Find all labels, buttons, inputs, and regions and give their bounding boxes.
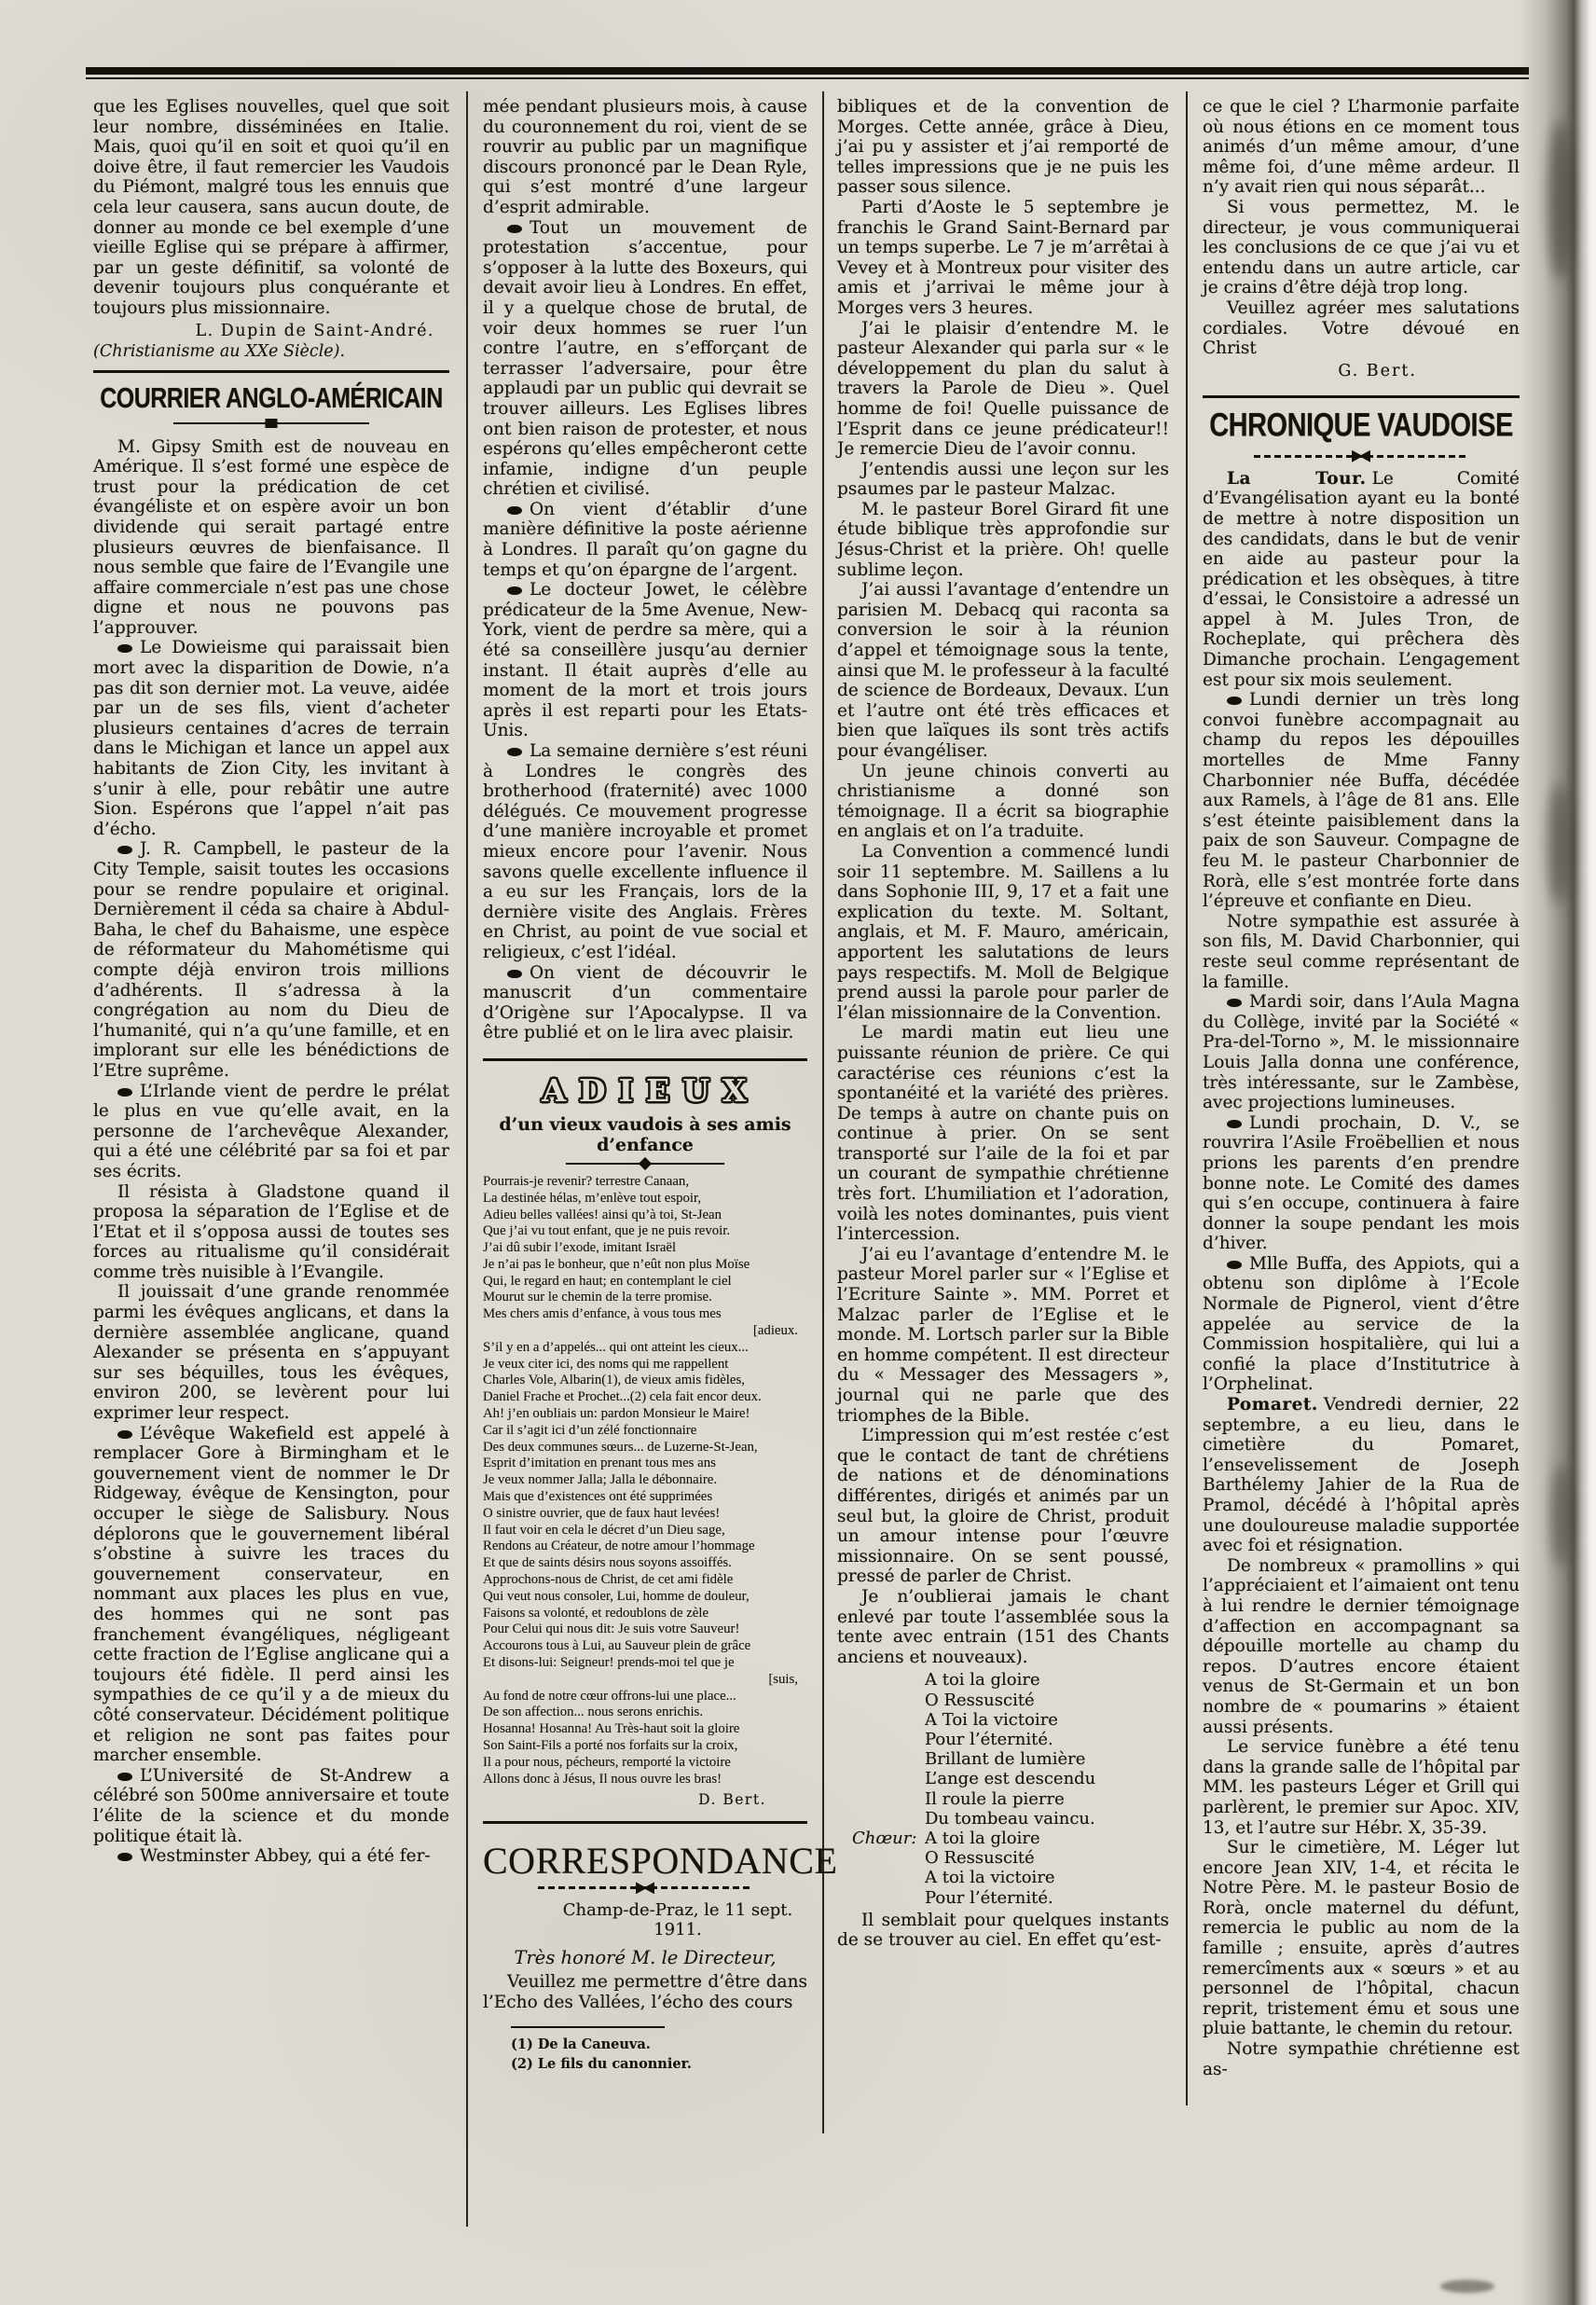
hymn-line: A Toi la victoire xyxy=(925,1710,1169,1730)
poem-line: De son affection... nous serons enrichis… xyxy=(483,1705,807,1721)
letter-body: Veuillez me permettre d’être dans l’Echo… xyxy=(483,1972,807,2012)
poem-line: Adieu belles vallées! ainsi qu’à toi, St… xyxy=(483,1208,807,1224)
paragraph-text: L’Irlande vient de perdre le prélat le p… xyxy=(93,1082,449,1181)
poem-body: Pourrais-je revenir? terrestre Canaan, L… xyxy=(483,1174,807,1787)
paragraph-text: L’impression qui m’est restée c’est que … xyxy=(837,1426,1169,1586)
paragraph: Veuillez agréer mes salutations cordiale… xyxy=(1203,298,1520,359)
paragraph: que les Eglises nouvelles, quel que soit… xyxy=(93,97,449,319)
chorus-label: Chœur: xyxy=(852,1829,916,1848)
column-1: que les Eglises nouvelles, quel que soit… xyxy=(93,97,449,1867)
poem-line: Mes chers amis d’enfance, à vous tous me… xyxy=(483,1306,807,1323)
poem-line: Il a pour nous, pécheurs, remporté la vi… xyxy=(483,1755,807,1772)
paragraph-text: Je n’oublierai jamais le chant enlevé pa… xyxy=(837,1587,1169,1667)
poem-line: O sinistre ouvrier, que de faux haut lev… xyxy=(483,1506,807,1523)
column-divider-3 xyxy=(1186,91,1188,2105)
poem-section: ADIEUX d’un vieux vaudois à ses amis d’e… xyxy=(483,1058,807,1808)
locality-lead: Pomaret. xyxy=(1227,1395,1318,1415)
paragraph-text: La Convention a commencé lundi soir 11 s… xyxy=(837,842,1169,1023)
bowtie-ornament-icon xyxy=(1352,450,1370,462)
newspaper-page-scan: que les Eglises nouvelles, quel que soit… xyxy=(0,0,1596,2305)
poem-line: Des deux communes sœurs... de Luzerne-St… xyxy=(483,1440,807,1456)
poem-signature: D. Bert. xyxy=(483,1791,807,1808)
poem-line: Approchons-nous de Christ, de cet ami fi… xyxy=(483,1572,807,1589)
footnote: (2) Le fils du canonnier. xyxy=(511,2055,807,2073)
poem-line: Il faut voir en cela le décret d’un Dieu… xyxy=(483,1523,807,1539)
section-title-courrier: COURRIER ANGLO-AMÉRICAIN xyxy=(93,382,449,415)
paragraph-text: J. R. Campbell, le pasteur de la City Te… xyxy=(93,839,449,1081)
paragraph: L’impression qui m’est restée c’est que … xyxy=(837,1426,1169,1587)
paragraph: Je n’oublierai jamais le chant enlevé pa… xyxy=(837,1587,1169,1667)
section-ornament-icon xyxy=(507,506,522,515)
paragraph-text: Le mardi matin eut lieu une puissante ré… xyxy=(837,1023,1169,1244)
section-ornament-icon xyxy=(117,846,132,854)
footnotes: (1) De la Caneuva. (2) Le fils du canonn… xyxy=(483,2036,807,2073)
poem-line: [adieux. xyxy=(483,1323,807,1340)
paragraph-text: Il jouissait d’une grande renommée parmi… xyxy=(93,1282,449,1423)
paragraph-text: Parti d’Aoste le 5 septembre je franchis… xyxy=(837,198,1169,318)
page-curl-shadow xyxy=(1550,1464,1571,1567)
poem-line: Je n’ai pas le bonheur, que n’eût non pl… xyxy=(483,1257,807,1274)
paragraph: L’Université de St-Andrew a célébré son … xyxy=(93,1766,449,1846)
paragraph: Il jouissait d’une grande renommée parmi… xyxy=(93,1282,449,1423)
section-ornament-icon xyxy=(507,225,522,233)
paragraph-text: Notre sympathie chrétienne est as- xyxy=(1203,2039,1520,2079)
paragraph: La semaine dernière s’est réuni à Londre… xyxy=(483,741,807,963)
paragraph-text: Le docteur Jowet, le célèbre prédicateur… xyxy=(483,580,807,740)
courrier-items-continued: mée pendant plusieurs mois, à cause du c… xyxy=(483,97,807,1043)
hymn-line: Brillant de lumière xyxy=(925,1749,1169,1769)
paragraph-text: Vendredi dernier, 22 septembre, a eu lie… xyxy=(1203,1395,1520,1555)
poem-line: Et disons-lui: Seigneur! prends-moi tel … xyxy=(483,1655,807,1672)
section-ornament-icon xyxy=(1227,999,1242,1007)
paragraph-text: L’Université de St-Andrew a célébré son … xyxy=(93,1766,449,1846)
poem-line: Qui, le regard en haut; en contemplant l… xyxy=(483,1274,807,1291)
column-4: ce que le ciel ? L’harmonie parfaite où … xyxy=(1203,97,1520,2079)
source-attribution: (Christianisme au XXe Siècle). xyxy=(93,342,449,361)
chorus-lines: A toi la gloireO RessuscitéA toi la vict… xyxy=(925,1829,1169,1908)
poem-line: Hosanna! Hosanna! Au Très-haut soit la g… xyxy=(483,1721,807,1738)
paragraph: Le docteur Jowet, le célèbre prédicateur… xyxy=(483,580,807,741)
paragraph: Il semblait pour quelques instants de se… xyxy=(837,1911,1169,1951)
letter-closing-paragraphs: ce que le ciel ? L’harmonie parfaite où … xyxy=(1203,97,1520,359)
column-divider-1 xyxy=(466,91,468,2227)
hymn-line: Pour l’éternité. xyxy=(925,1730,1169,1749)
hymn-line: A toi la gloire xyxy=(925,1670,1169,1690)
hymn-line: Du tombeau vaincu. xyxy=(925,1809,1169,1829)
paragraph-text: Tout un mouvement de protestation s’acce… xyxy=(483,218,807,500)
paragraph: J. R. Campbell, le pasteur de la City Te… xyxy=(93,839,449,1081)
ornament-rule xyxy=(566,1163,724,1165)
ink-smudge xyxy=(1440,2280,1494,2293)
section-ornament-icon xyxy=(117,644,132,653)
paragraph-text: bibliques et de la convention de Morges.… xyxy=(837,97,1169,197)
masthead-rule-thick xyxy=(86,67,1529,75)
section-ornament-icon xyxy=(1227,1120,1242,1128)
poem-line: Charles Vole, Albarin(1), de vieux amis … xyxy=(483,1373,807,1389)
hymn-chorus: Chœur: A toi la gloireO RessuscitéA toi … xyxy=(837,1829,1169,1908)
section-ornament-icon xyxy=(1227,697,1242,705)
paragraph: De nombreux « pramollins » qui l’appréci… xyxy=(1203,1556,1520,1737)
paragraph: La Convention a commencé lundi soir 11 s… xyxy=(837,842,1169,1023)
poem-line: S’il y en a d’appelés... qui ont atteint… xyxy=(483,1340,807,1357)
paragraph: J’entendis aussi une leçon sur les psaum… xyxy=(837,460,1169,500)
poem-line: Car il s’agit ici d’un zélé fonctionnair… xyxy=(483,1423,807,1440)
paragraph-text: De nombreux « pramollins » qui l’appréci… xyxy=(1203,1556,1520,1737)
paragraph-text: Mlle Buffa, des Appiots, qui a obtenu so… xyxy=(1203,1254,1520,1395)
poem-line: Faisons sa volonté, et redoublons de zèl… xyxy=(483,1606,807,1622)
paragraph: Un jeune chinois converti au christianis… xyxy=(837,762,1169,842)
paragraph: Pomaret.Vendredi dernier, 22 septembre, … xyxy=(1203,1395,1520,1556)
paragraph-text: Sur le cimetière, M. Léger lut encore Je… xyxy=(1203,1838,1520,2038)
paragraph: M. le pasteur Borel Girard fit une étude… xyxy=(837,500,1169,580)
masthead-rule xyxy=(86,67,1529,79)
column-divider-2 xyxy=(822,91,824,2133)
hymn-line: O Ressuscité xyxy=(925,1691,1169,1710)
headline-ornament-rule xyxy=(173,422,369,424)
hymn-line: O Ressuscité xyxy=(925,1848,1169,1868)
poem-line: Je veux nommer Jalla; Jalla le débonnair… xyxy=(483,1472,807,1489)
paragraph: J’ai le plaisir d’entendre M. le pasteur… xyxy=(837,319,1169,460)
poem-line: Pour Celui qui nous dit: Je suis votre S… xyxy=(483,1622,807,1638)
paragraph: Si vous permettez, M. le directeur, je v… xyxy=(1203,198,1520,298)
section-divider-rule xyxy=(483,1058,807,1061)
poem-line: Daniel Frache et Prochet...(2) cela fait… xyxy=(483,1389,807,1406)
column-2: mée pendant plusieurs mois, à cause du c… xyxy=(483,97,807,2075)
letter-salutation: Très honoré M. le Directeur, xyxy=(483,1947,807,1968)
correspondance-section: CORRESPONDANCE Champ-de-Praz, le 11 sept… xyxy=(483,1821,807,2072)
paragraph: Lundi prochain, D. V., se rouvrira l’Asi… xyxy=(1203,1113,1520,1254)
paragraph: Lundi dernier un très long convoi funèbr… xyxy=(1203,690,1520,912)
paragraph: On vient d’établir d’une manière définit… xyxy=(483,500,807,580)
paragraph-text: Il résista à Gladstone quand il proposa … xyxy=(93,1182,449,1282)
hymn-line: A toi la gloire xyxy=(925,1829,1169,1848)
section-ornament-icon xyxy=(507,587,522,595)
letter-signature: G. Bert. xyxy=(1203,362,1520,380)
paragraph-text: J’ai aussi l’avantage d’entendre un pari… xyxy=(837,580,1169,761)
section-ornament-icon xyxy=(507,748,522,756)
paragraph: M. Gipsy Smith est de nouveau en Amériqu… xyxy=(93,437,449,639)
section-title-correspondance: CORRESPONDANCE xyxy=(483,1839,807,1883)
paragraph-text: On vient de découvrir le manuscrit d’un … xyxy=(483,963,807,1043)
footnote: (1) De la Caneuva. xyxy=(511,2036,807,2053)
paragraph: L’évêque Wakefield est appelé à remplace… xyxy=(93,1424,449,1766)
section-divider-rule xyxy=(483,1821,807,1824)
paragraph-text: M. Gipsy Smith est de nouveau en Amériqu… xyxy=(93,437,449,638)
paragraph: Parti d’Aoste le 5 septembre je franchis… xyxy=(837,198,1169,319)
section-ornament-icon xyxy=(117,1773,132,1781)
paragraph: L’Irlande vient de perdre le prélat le p… xyxy=(93,1082,449,1182)
paragraph-text: Un jeune chinois converti au christianis… xyxy=(837,762,1169,842)
poem-line: Je veux citer ici, des noms qui me rappe… xyxy=(483,1357,807,1373)
paragraph-text: ce que le ciel ? L’harmonie parfaite où … xyxy=(1203,97,1520,197)
hymn-line: Pour l’éternité. xyxy=(925,1888,1169,1908)
poem-line: Ah! j’en oubliais un: pardon Monsieur le… xyxy=(483,1406,807,1423)
hymn-line: A toi la victoire xyxy=(925,1868,1169,1887)
section-ornament-icon xyxy=(117,1853,132,1861)
poem-title: ADIEUX xyxy=(483,1072,807,1109)
paragraph-text: Notre sympathie est assurée à son fils, … xyxy=(1203,912,1520,992)
paragraph: Sur le cimetière, M. Léger lut encore Je… xyxy=(1203,1838,1520,2039)
paragraph-text: J’ai eu l’avantage d’entendre M. le past… xyxy=(837,1245,1169,1426)
paragraph-text: mée pendant plusieurs mois, à cause du c… xyxy=(483,97,807,217)
paragraph-text: Mardi soir, dans l’Aula Magna du Collège… xyxy=(1203,992,1520,1112)
locality-lead: La Tour. xyxy=(1227,469,1367,489)
poem-line: Au fond de notre cœur offrons-lui une pl… xyxy=(483,1689,807,1705)
hymn-block: A toi la gloireO RessuscitéA Toi la vict… xyxy=(837,1670,1169,1907)
poem-subtitle: d’un vieux vaudois à ses amis d’enfance xyxy=(483,1114,807,1155)
poem-line: La destinée hélas, m’enlève tout espoir, xyxy=(483,1191,807,1208)
paragraph: Le service funèbre a été tenu dans la gr… xyxy=(1203,1737,1520,1838)
paragraph-text: M. le pasteur Borel Girard fit une étude… xyxy=(837,500,1169,580)
section-ornament-icon xyxy=(117,1430,132,1439)
section-ornament-icon xyxy=(117,1088,132,1097)
paragraph: Tout un mouvement de protestation s’acce… xyxy=(483,218,807,500)
hymn-line: Il roule la pierre xyxy=(925,1789,1169,1809)
courrier-items: M. Gipsy Smith est de nouveau en Amériqu… xyxy=(93,437,449,1867)
paragraph-text: J’entendis aussi une leçon sur les psaum… xyxy=(837,460,1169,500)
section-title-chronique: CHRONIQUE VAUDOISE xyxy=(1203,407,1520,445)
poem-line: Accourons tous à Lui, au Sauveur plein d… xyxy=(483,1638,807,1655)
section-divider-rule xyxy=(1203,395,1520,398)
paragraph: Westminster Abbey, qui a été fer- xyxy=(93,1846,449,1867)
poem-line: Esprit d’imitation en prenant tous mes a… xyxy=(483,1456,807,1472)
section-ornament-icon xyxy=(1227,1261,1242,1269)
wavy-ornament-rule xyxy=(538,1886,752,1889)
poem-line: [suis, xyxy=(483,1672,807,1689)
hymn-line: L’ange est descendu xyxy=(925,1769,1169,1788)
paragraph: Il résista à Gladstone quand il proposa … xyxy=(93,1182,449,1283)
paragraph: Notre sympathie chrétienne est as- xyxy=(1203,2039,1520,2079)
poem-line: Que j’ai vu tout enfant, que je ne puis … xyxy=(483,1223,807,1240)
masthead-rule-thin xyxy=(86,77,1529,79)
paragraph: On vient de découvrir le manuscrit d’un … xyxy=(483,963,807,1043)
letter-paragraphs: bibliques et de la convention de Morges.… xyxy=(837,97,1169,1667)
paragraph-text: Lundi prochain, D. V., se rouvrira l’Asi… xyxy=(1203,1113,1520,1254)
poem-line: Et que de saints désirs nous soyons asso… xyxy=(483,1555,807,1572)
paragraph: Mlle Buffa, des Appiots, qui a obtenu so… xyxy=(1203,1254,1520,1395)
paragraph-text: L’évêque Wakefield est appelé à remplace… xyxy=(93,1424,449,1766)
column-3: bibliques et de la convention de Morges.… xyxy=(837,97,1169,1951)
section-divider-rule xyxy=(93,370,449,373)
paragraph: J’ai aussi l’avantage d’entendre un pari… xyxy=(837,580,1169,761)
poem-line: Qui veut nous consoler, Lui, homme de do… xyxy=(483,1589,807,1606)
poem-line: J’ai dû subir l’exode, imitant Israël xyxy=(483,1240,807,1257)
page-curl-shadow xyxy=(1548,121,1572,280)
footnote-rule xyxy=(511,2026,665,2028)
paragraph-text: Le Dowieisme qui paraissait bien mort av… xyxy=(93,638,449,838)
scan-edge-shadow xyxy=(1520,0,1596,2305)
page-curl-shadow xyxy=(1548,783,1570,904)
paragraph: Le mardi matin eut lieu une puissante ré… xyxy=(837,1023,1169,1245)
chronique-items: La Tour.Le Comité d’Evangélisation ayant… xyxy=(1203,469,1520,2080)
author-signature: L. Dupin de Saint-André. xyxy=(93,322,449,340)
poem-line: Pourrais-je revenir? terrestre Canaan, xyxy=(483,1174,807,1191)
paragraph-text: On vient d’établir d’une manière définit… xyxy=(483,500,807,580)
paragraph: mée pendant plusieurs mois, à cause du c… xyxy=(483,97,807,218)
paragraph-text: J’ai le plaisir d’entendre M. le pasteur… xyxy=(837,319,1169,460)
paragraph: Mardi soir, dans l’Aula Magna du Collège… xyxy=(1203,992,1520,1113)
paragraph-text: Veuillez agréer mes salutations cordiale… xyxy=(1203,298,1520,358)
paragraph: ce que le ciel ? L’harmonie parfaite où … xyxy=(1203,97,1520,198)
paragraph: La Tour.Le Comité d’Evangélisation ayant… xyxy=(1203,469,1520,691)
paragraph: Le Dowieisme qui paraissait bien mort av… xyxy=(93,638,449,839)
paragraph-text: Westminster Abbey, qui a été fer- xyxy=(140,1846,431,1866)
hymn-verse: A toi la gloireO RessuscitéA Toi la vict… xyxy=(925,1670,1169,1829)
poem-line: Son Saint-Fils a porté nos forfaits sur … xyxy=(483,1738,807,1755)
paragraph-text: Si vous permettez, M. le directeur, je v… xyxy=(1203,198,1520,297)
bowtie-ornament-icon xyxy=(636,1882,654,1894)
poem-line: Rendons au Créateur, de notre amour l’ho… xyxy=(483,1539,807,1555)
poem-line: Mourut sur le chemin de la terre promise… xyxy=(483,1290,807,1306)
section-ornament-icon xyxy=(507,970,522,978)
letter-dateline: Champ-de-Praz, le 11 sept. 1911. xyxy=(483,1900,807,1939)
paragraph-text: Lundi dernier un très long convoi funèbr… xyxy=(1203,690,1520,911)
paragraph: Notre sympathie est assurée à son fils, … xyxy=(1203,912,1520,992)
paragraph: J’ai eu l’avantage d’entendre M. le past… xyxy=(837,1245,1169,1426)
paragraph-text: La semaine dernière s’est réuni à Londre… xyxy=(483,741,807,962)
poem-line: Allons donc à Jésus, Il nous ouvre les b… xyxy=(483,1772,807,1788)
wavy-ornament-rule xyxy=(1254,455,1468,458)
paragraph-text: Le Comité d’Evangélisation ayant eu la b… xyxy=(1203,469,1520,690)
paragraph: bibliques et de la convention de Morges.… xyxy=(837,97,1169,198)
poem-line: Mais que d’existences ont été supprimées xyxy=(483,1489,807,1506)
paragraph-text: Le service funèbre a été tenu dans la gr… xyxy=(1203,1737,1520,1837)
